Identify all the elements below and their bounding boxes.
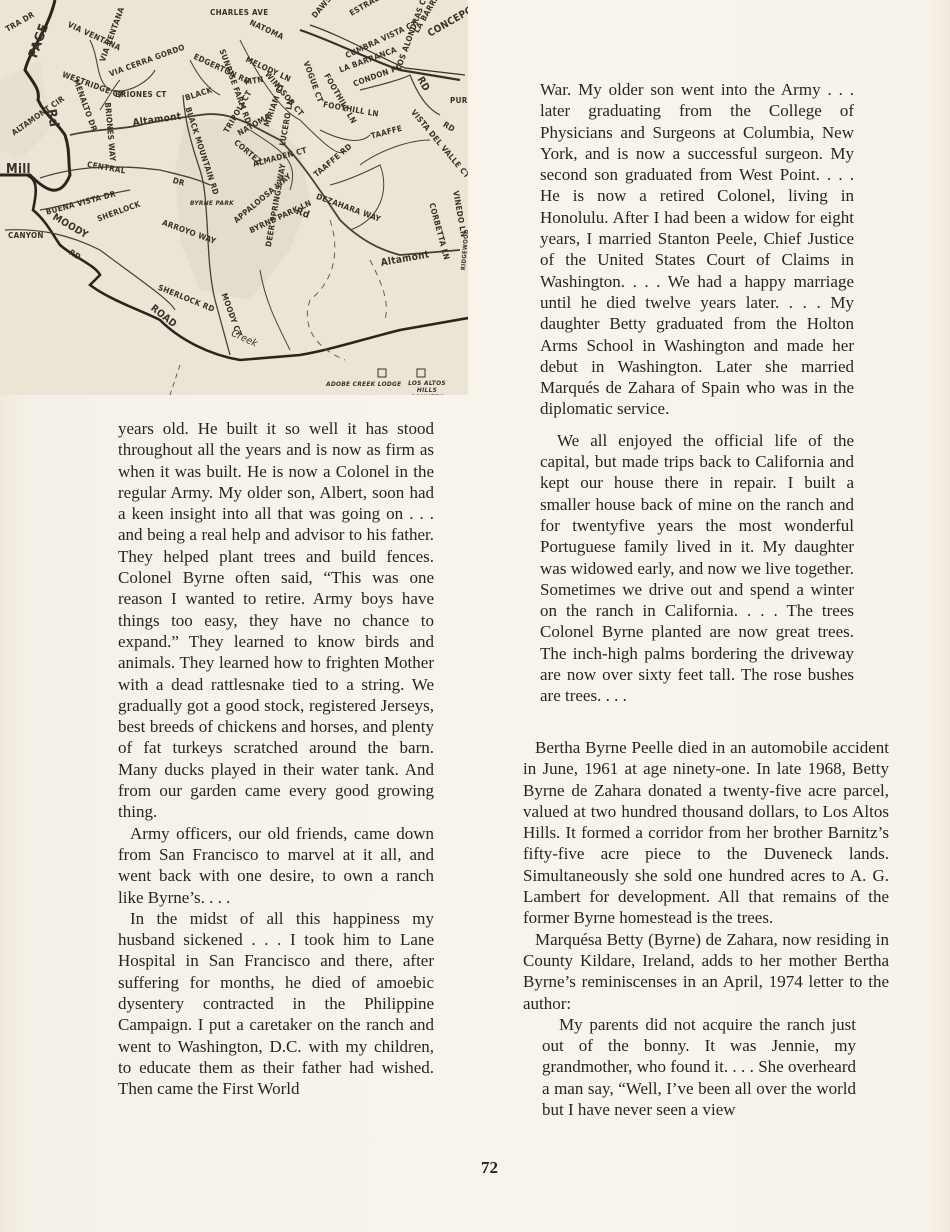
right-bottom-text-column: Bertha Byrne Peelle died in an automobil… <box>523 737 889 1120</box>
map-label-briones-ct: BRIONES CT <box>115 90 167 99</box>
map-label-byrne-park: BYRNE PARK <box>190 199 234 207</box>
paragraph: years old. He built it so well it has st… <box>118 418 434 823</box>
right-top-text-column: War. My older son went into the Army . .… <box>540 79 854 707</box>
map-label-country-club: LOS ALTOS HILLS COUNTRY CLUB <box>402 380 452 395</box>
map-label-mill: Mill <box>6 162 31 177</box>
street-map-figure: PAGE Rd TRA DR VIA VENTANA VIA VENTANA W… <box>0 0 468 395</box>
paragraph: Army officers, our old friends, came dow… <box>118 823 434 908</box>
paragraph: In the midst of all this happiness my hu… <box>118 908 434 1100</box>
page-number: 72 <box>481 1158 498 1178</box>
paragraph: War. My older son went into the Army . .… <box>540 79 854 420</box>
map-label-purissima: PURI <box>450 96 468 105</box>
paragraph: Bertha Byrne Peelle died in an automobil… <box>523 737 889 929</box>
left-text-column: years old. He built it so well it has st… <box>118 418 434 1100</box>
map-label-charles-ave: CHARLES AVE <box>210 8 268 17</box>
map-label-adobe-creek-lodge: ADOBE CREEK LODGE <box>326 380 401 388</box>
paragraph: We all enjoyed the official life of the … <box>540 430 854 707</box>
block-quote: My parents did not acquire the ranch jus… <box>542 1014 856 1120</box>
map-label-canyon: CANYON <box>8 231 44 240</box>
paragraph: Marquésa Betty (Byrne) de Zahara, now re… <box>523 929 889 1014</box>
